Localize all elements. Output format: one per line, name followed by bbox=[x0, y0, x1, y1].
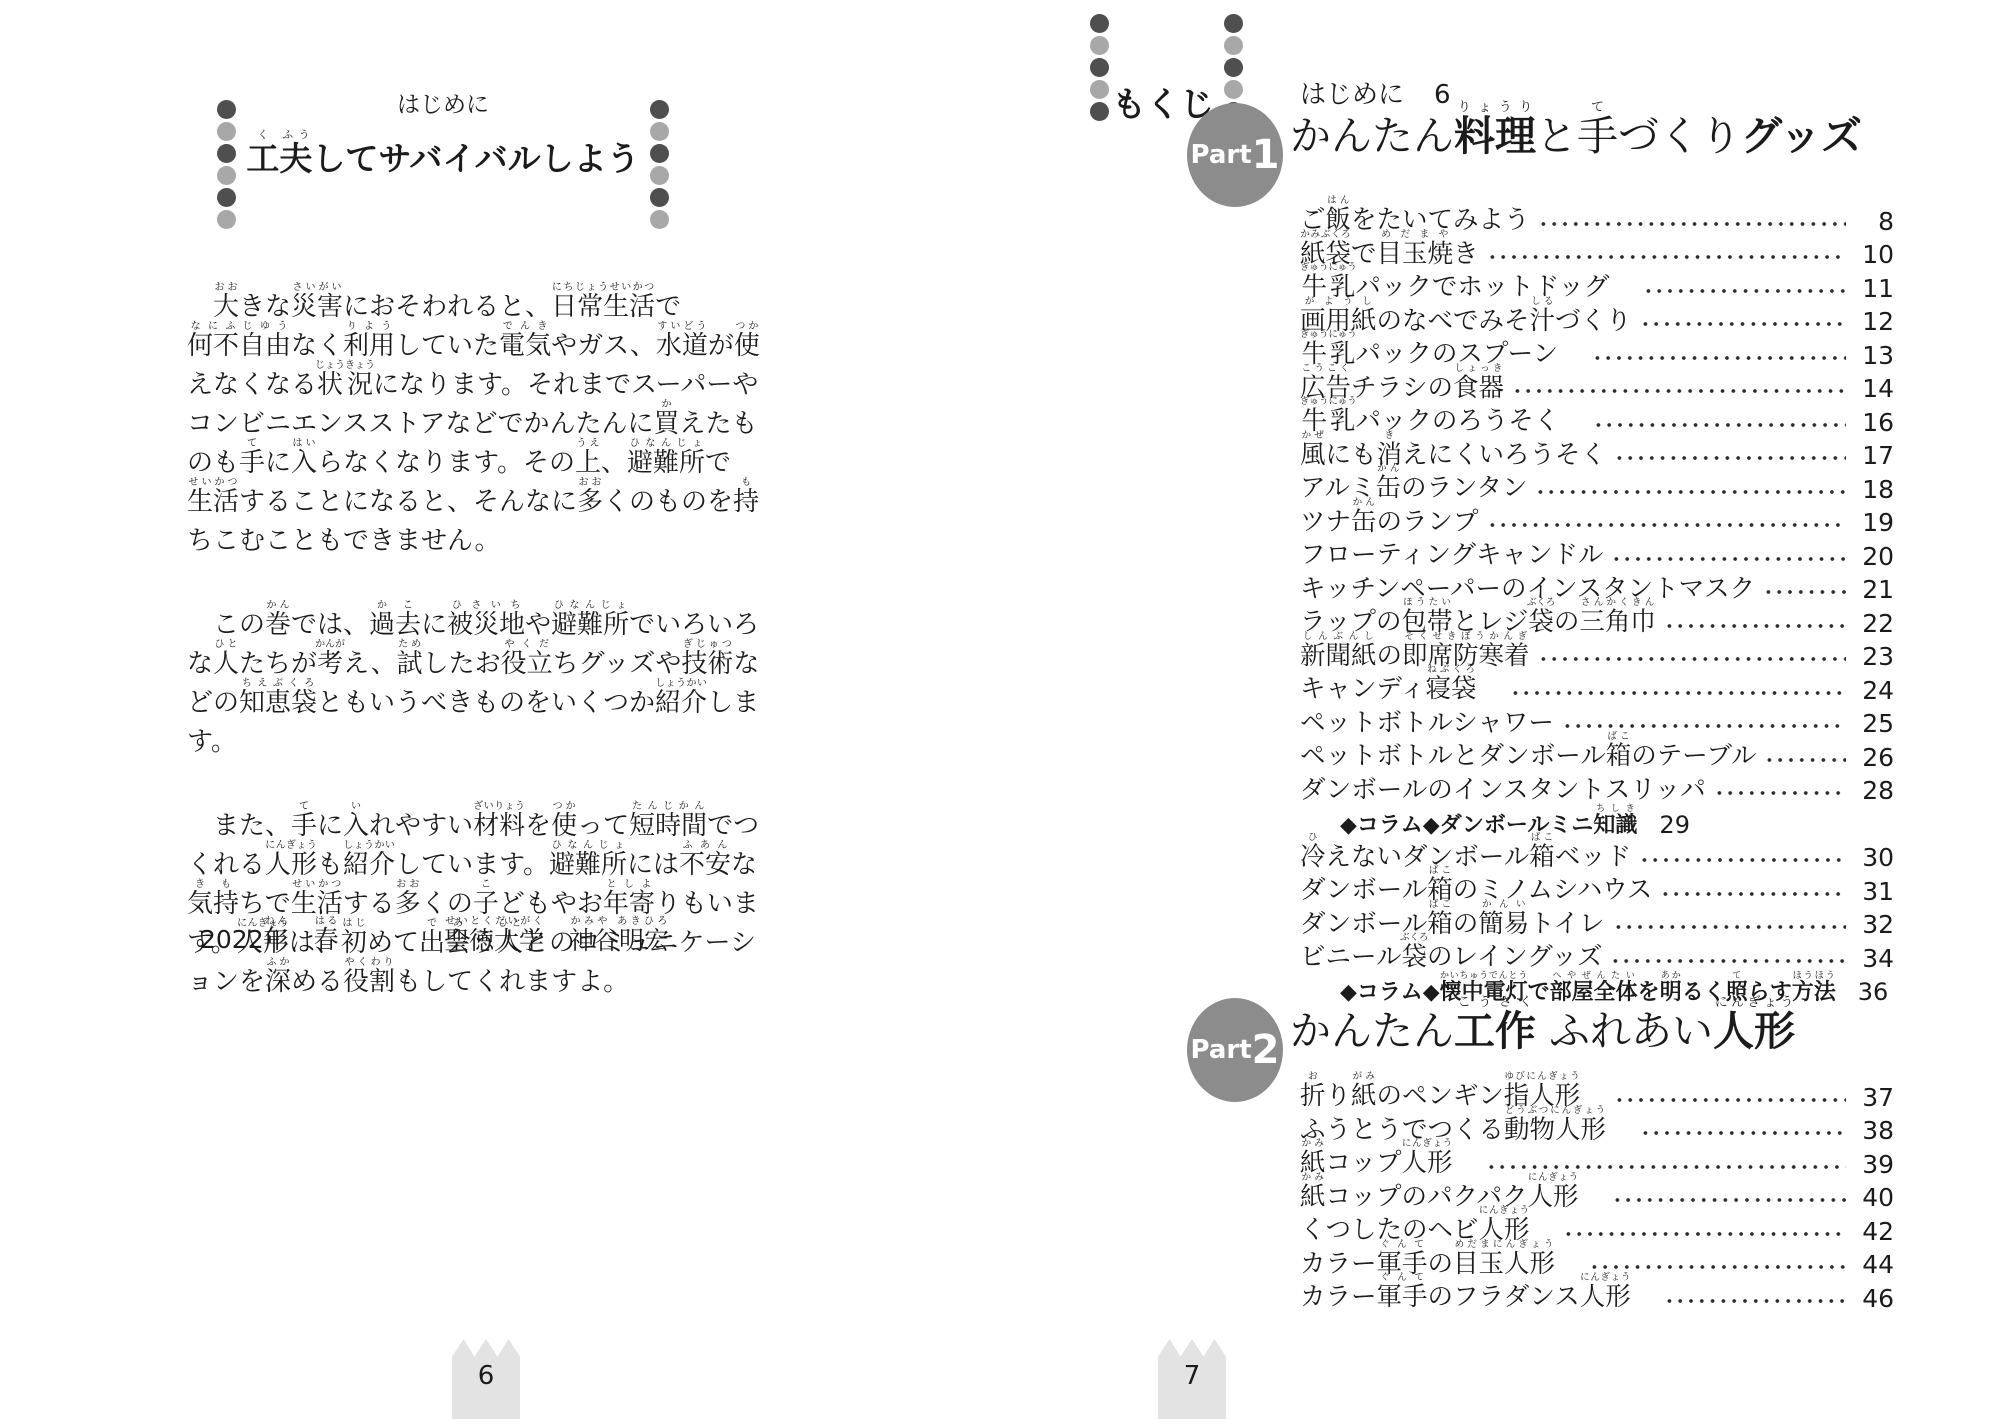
dot-leader bbox=[1614, 1095, 1846, 1105]
decor-dot bbox=[1224, 58, 1243, 77]
decor-dot bbox=[650, 100, 669, 119]
toc-item-page: 40 bbox=[1852, 1185, 1894, 1210]
dot-leader bbox=[1562, 721, 1846, 731]
dot-leader bbox=[1612, 1195, 1846, 1205]
dot-leader bbox=[1643, 286, 1846, 296]
toc-item-page: 36 bbox=[1858, 980, 1889, 1004]
dot-leader bbox=[1538, 654, 1846, 664]
toc-item-page: 25 bbox=[1852, 711, 1894, 736]
toc-item-page: 18 bbox=[1852, 477, 1894, 502]
toc-item-page: 22 bbox=[1852, 611, 1894, 636]
decor-dot bbox=[1090, 14, 1109, 33]
part1-badge-number: 1 bbox=[1252, 135, 1280, 175]
book-spread: はじめに 工く夫ふうしてサバイバルしよう 大おおきな災害さいがいにおそわれると、… bbox=[0, 0, 2000, 1419]
toc-item-page: 12 bbox=[1852, 309, 1894, 334]
part2-toc-list: 折おり紙がみのペンギン指人形ゆびにんぎょう 37ふうとうでつくる動物人形どうぶつ… bbox=[1300, 1076, 1894, 1311]
toc-item-page: 20 bbox=[1852, 544, 1894, 569]
page-number-right: 7 bbox=[1184, 1363, 1201, 1389]
toc-item-page: 13 bbox=[1852, 343, 1894, 368]
decor-dot bbox=[1090, 36, 1109, 55]
toc-item-title: キャンディ寝袋ねぶくろ bbox=[1300, 664, 1502, 703]
decor-dot bbox=[1224, 80, 1243, 99]
toc-item-title: ツナ缶かんのランプ bbox=[1300, 497, 1479, 536]
decor-dot bbox=[1090, 58, 1109, 77]
dot-leader bbox=[1610, 956, 1846, 966]
toc-item-title: ペットボトルとダンボール箱ばこのテーブル bbox=[1300, 731, 1756, 770]
toc-item-page: 19 bbox=[1852, 510, 1894, 535]
page-tab-right: 7 bbox=[1158, 1339, 1226, 1419]
toc-item-page: 23 bbox=[1852, 644, 1894, 669]
dot-leader bbox=[1614, 453, 1846, 463]
dot-leader bbox=[1538, 219, 1846, 229]
toc-item: フローティングキャンドル20 bbox=[1300, 535, 1894, 569]
toc-item-page: 42 bbox=[1852, 1219, 1894, 1244]
dot-leader bbox=[1660, 889, 1846, 899]
toc-item-page: 8 bbox=[1852, 209, 1894, 234]
part2-heading: かんたん工作こうさく ふれあい人形にんぎょう bbox=[1290, 995, 1795, 1059]
date-text: 2022年ねん 春はる bbox=[200, 916, 339, 960]
part1-toc-list: ご飯はんをたいてみよう8紙袋かみぶくろで目玉焼めだまやき10牛乳ぎゅうにゅうパッ… bbox=[1300, 200, 1894, 1004]
toc-item: ペットボトルとダンボール箱ばこのテーブル26 bbox=[1300, 736, 1894, 770]
dot-leader bbox=[1593, 420, 1846, 430]
page-tab-left: 6 bbox=[452, 1339, 520, 1419]
dot-leader bbox=[1486, 1162, 1846, 1172]
decor-dot bbox=[1224, 14, 1243, 33]
decor-dot bbox=[1224, 36, 1243, 55]
toc-item: カラー軍手ぐんてのフラダンス人形にんぎょう 46 bbox=[1300, 1277, 1894, 1311]
toc-item-page: 24 bbox=[1852, 678, 1894, 703]
dot-leader bbox=[1664, 1296, 1846, 1306]
dot-leader bbox=[1640, 1128, 1846, 1138]
body-paragraph: また、手てに入いれやすい材料ざいりょうを使つかって短時間たんじかんでつくれる人形… bbox=[187, 801, 765, 1002]
decor-dot bbox=[650, 188, 669, 207]
decor-dot bbox=[217, 188, 236, 207]
part2-badge: Part2 bbox=[1187, 998, 1283, 1102]
part1-heading: かんたん料理りょうりと手てづくりグッズ bbox=[1290, 100, 1862, 164]
decor-dot bbox=[1090, 102, 1109, 121]
part2-badge-number: 2 bbox=[1252, 1030, 1280, 1070]
toc-item-page: 17 bbox=[1852, 443, 1894, 468]
dot-leader bbox=[1611, 554, 1846, 564]
toc-item: キャンディ寝袋ねぶくろ 24 bbox=[1300, 669, 1894, 703]
toc-item-page: 46 bbox=[1852, 1286, 1894, 1311]
dot-leader bbox=[1640, 319, 1846, 329]
dot-leader bbox=[1592, 353, 1846, 363]
dot-leader bbox=[1535, 487, 1846, 497]
dot-leader bbox=[1563, 1229, 1846, 1239]
part1-badge-label: Part bbox=[1191, 140, 1252, 170]
toc-item-page: 26 bbox=[1852, 745, 1894, 770]
toc-title: もくじ bbox=[1112, 88, 1214, 122]
dot-leader bbox=[1487, 520, 1846, 530]
body-paragraph: 大おおきな災害さいがいにおそわれると、日常生活にちじょうせいかつで何不自由なにふ… bbox=[187, 282, 765, 561]
toc-item-page: 11 bbox=[1852, 276, 1894, 301]
dot-leader bbox=[1512, 386, 1846, 396]
decor-dot bbox=[217, 100, 236, 119]
dot-leader bbox=[1510, 688, 1846, 698]
toc-item-page: 38 bbox=[1852, 1118, 1894, 1143]
toc-item: ビニール袋ぶくろのレイングッズ34 bbox=[1300, 937, 1894, 971]
part2-badge-label: Part bbox=[1191, 1035, 1252, 1065]
dot-leader bbox=[1589, 1262, 1846, 1272]
toc-item-page: 37 bbox=[1852, 1085, 1894, 1110]
dot-leader bbox=[1613, 922, 1846, 932]
toc-item-page: 31 bbox=[1852, 879, 1894, 904]
toc-item-page: 34 bbox=[1852, 946, 1894, 971]
body-paragraph: この巻かんでは、過去かこに被災地ひさいちや避難所ひなんじょでいろいろな人ひとたち… bbox=[187, 600, 765, 762]
dot-leader bbox=[1639, 855, 1846, 865]
toc-item-page: 14 bbox=[1852, 376, 1894, 401]
toc-item-page: 21 bbox=[1852, 577, 1894, 602]
toc-item-page: 16 bbox=[1852, 410, 1894, 435]
toc-item-page: 39 bbox=[1852, 1152, 1894, 1177]
decor-dot bbox=[217, 210, 236, 229]
signature-line: 2022年ねん 春はる 聖徳大学せいとくだいがく 神谷明宏かみや あきひろ bbox=[187, 916, 765, 960]
toc-item-page: 28 bbox=[1852, 778, 1894, 803]
toc-item-page: 32 bbox=[1852, 912, 1894, 937]
intro-title: 工く夫ふうしてサバイバルしよう bbox=[160, 128, 726, 183]
author-text: 聖徳大学せいとくだいがく 神谷明宏かみや あきひろ bbox=[444, 916, 669, 960]
dot-leader bbox=[1487, 252, 1846, 262]
decor-dot bbox=[1090, 80, 1109, 99]
decor-dot bbox=[650, 210, 669, 229]
dot-leader bbox=[1714, 788, 1846, 798]
page-number-left: 6 bbox=[478, 1363, 495, 1389]
part1-badge: Part1 bbox=[1187, 103, 1283, 207]
toc-item: ツナ缶かんのランプ19 bbox=[1300, 502, 1894, 536]
toc-item-page: 30 bbox=[1852, 845, 1894, 870]
decor-dot-column bbox=[1090, 14, 1109, 121]
toc-item-page: 10 bbox=[1852, 242, 1894, 267]
dot-leader bbox=[1664, 621, 1846, 631]
toc-item: ダンボールのインスタントスリッパ28 bbox=[1300, 770, 1894, 804]
toc-item-page: 44 bbox=[1852, 1252, 1894, 1277]
toc-item-title: ビニール袋ぶくろのレイングッズ bbox=[1300, 932, 1602, 971]
toc-item-title: カラー軍手ぐんてのフラダンス人形にんぎょう bbox=[1300, 1272, 1656, 1311]
intro-section-label: はじめに bbox=[283, 92, 603, 120]
dot-leader bbox=[1763, 587, 1846, 597]
toc-item-page: 29 bbox=[1659, 813, 1690, 837]
toc-item-title: ダンボールのインスタントスリッパ bbox=[1300, 778, 1706, 804]
dot-leader bbox=[1764, 755, 1846, 765]
toc-item-title: フローティングキャンドル bbox=[1300, 543, 1603, 569]
